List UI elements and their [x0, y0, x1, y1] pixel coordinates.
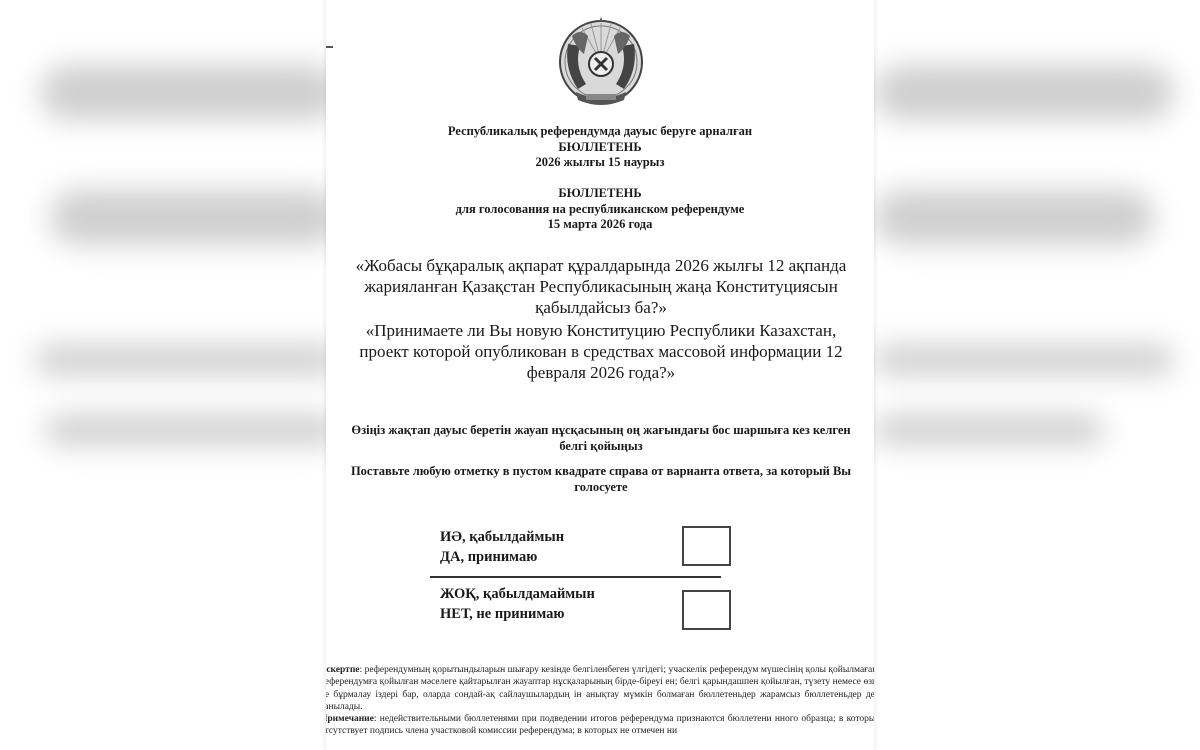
- background-blur-band: [40, 65, 340, 120]
- note-kz-label: Ескертпе: [326, 665, 360, 675]
- note-ru-label: Примечание: [326, 714, 374, 724]
- instruction-ru: Поставьте любую отметку в пустом квадрат…: [336, 463, 866, 495]
- background-blur-band: [35, 345, 340, 375]
- option-no-label: ЖОҚ, қабылдамаймын НЕТ, не принимаю: [440, 584, 595, 624]
- background-blur-band: [874, 65, 1174, 120]
- note-kz-text: : референдумның қорытындыларын шығару ке…: [326, 665, 874, 712]
- note-ru: Примечание: недействительными бюллетеням…: [326, 713, 874, 738]
- header-ru-title: БЮЛЛЕТЕНЬ: [326, 186, 874, 202]
- vote-yes-checkbox[interactable]: [682, 526, 731, 566]
- background-blur-band: [50, 190, 340, 245]
- instruction-kz: Өзіңіз жақтап дауыс беретін жауап нұсқас…: [336, 422, 866, 454]
- vote-no-checkbox[interactable]: [682, 590, 731, 630]
- note-kz: Ескертпе: референдумның қорытындыларын ш…: [326, 664, 874, 713]
- ballot-page: Республикалық референдумда дауыс беруге …: [326, 0, 874, 750]
- question-kz: «Жобасы бұқаралық ақпарат құралдарында 2…: [346, 255, 856, 318]
- background-blur-band: [874, 345, 1174, 375]
- footnotes: Ескертпе: референдумның қорытындыларын ш…: [326, 664, 874, 738]
- header-ru-date: 15 марта 2026 года: [326, 217, 874, 233]
- header-kz-line1: Республикалық референдумда дауыс беруге …: [326, 124, 874, 140]
- note-ru-text: : недействительными бюллетенями при подв…: [326, 714, 874, 736]
- options-divider: [430, 576, 721, 578]
- option-no-kz: ЖОҚ, қабылдамаймын: [440, 584, 595, 604]
- header-ru: БЮЛЛЕТЕНЬ для голосования на республикан…: [326, 186, 874, 233]
- option-yes-label: ИӘ, қабылдаймын ДА, принимаю: [440, 527, 564, 567]
- option-yes-ru: ДА, принимаю: [440, 547, 564, 567]
- header-kz: Республикалық референдумда дауыс беруге …: [326, 124, 874, 171]
- header-kz-date: 2026 жылғы 15 наурыз: [326, 155, 874, 171]
- background-blur-band: [874, 415, 1104, 445]
- margin-mark: [326, 46, 333, 48]
- question-ru: «Принимаете ли Вы новую Конституцию Респ…: [346, 320, 856, 383]
- option-yes-kz: ИӘ, қабылдаймын: [440, 527, 564, 547]
- background-blur-band: [874, 190, 1154, 245]
- header-kz-title: БЮЛЛЕТЕНЬ: [326, 140, 874, 156]
- option-no-ru: НЕТ, не принимаю: [440, 604, 595, 624]
- header-ru-line2: для голосования на республиканском рефер…: [326, 202, 874, 218]
- background-blur-band: [45, 415, 340, 445]
- state-emblem-icon: [558, 14, 644, 116]
